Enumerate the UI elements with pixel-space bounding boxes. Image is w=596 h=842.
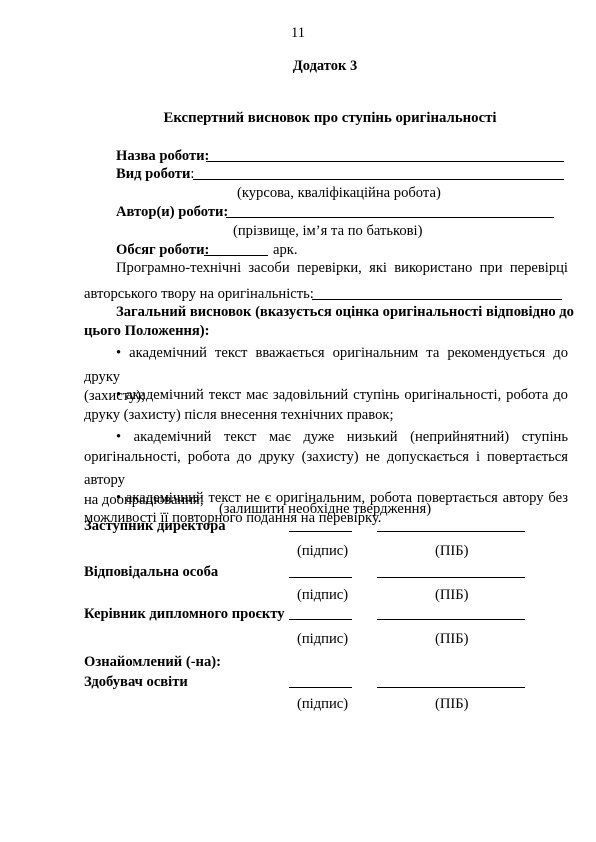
- student-signature-field[interactable]: [289, 687, 352, 688]
- work-type-label-wrap: Вид роботи:: [116, 167, 194, 182]
- author-field[interactable]: [226, 217, 554, 218]
- volume-label: Обсяг роботи:: [116, 243, 209, 258]
- author-label: Автор(и) роботи:: [116, 205, 228, 220]
- work-type-field[interactable]: [193, 179, 564, 180]
- sign-hint: (підпис): [297, 697, 348, 712]
- responsible-person-name-field[interactable]: [377, 577, 525, 578]
- conclusion-heading-line-2: цього Положення):: [84, 324, 210, 339]
- project-supervisor-signature-field[interactable]: [289, 619, 352, 620]
- name-hint: (ПІБ): [435, 588, 469, 603]
- conclusion-item-2[interactable]: • академічний текст має задовільний ступ…: [84, 384, 568, 427]
- tools-line-1: Програмно-технічні засоби перевірки, які…: [116, 260, 568, 276]
- page-number: 11: [0, 26, 596, 41]
- document-title: Експертний висновок про ступінь оригінал…: [0, 111, 596, 126]
- name-hint: (ПІБ): [435, 697, 469, 712]
- deputy-director-label: Заступник директора: [84, 519, 226, 534]
- conclusion-heading-line-1: Загальний висновок (вказується оцінка ор…: [116, 305, 574, 320]
- name-hint: (ПІБ): [435, 544, 469, 559]
- work-type-hint: (курсова, кваліфікаційна робота): [237, 186, 441, 201]
- volume-field[interactable]: [204, 255, 268, 256]
- work-type-label: Вид роботи: [116, 166, 190, 182]
- author-hint: (прізвище, ім’я та по батькові): [233, 224, 422, 239]
- responsible-person-signature-field[interactable]: [289, 577, 352, 578]
- sign-hint: (підпис): [297, 544, 348, 559]
- student-label: Здобувач освіти: [84, 675, 188, 690]
- name-hint: (ПІБ): [435, 632, 469, 647]
- work-title-label: Назва роботи:: [116, 149, 209, 164]
- project-supervisor-label: Керівник дипломного проєкту: [84, 607, 285, 622]
- deputy-director-signature-field[interactable]: [289, 531, 352, 532]
- bullet-icon: •: [116, 387, 121, 403]
- tools-line-2: авторського твору на оригінальність:: [84, 287, 314, 302]
- conclusion-note: (залишити необхідне твердження): [0, 502, 596, 517]
- sign-hint: (підпис): [297, 588, 348, 603]
- tools-field[interactable]: [312, 299, 562, 300]
- deputy-director-name-field[interactable]: [377, 531, 525, 532]
- tools-paragraph: Програмно-технічні засоби перевірки, які…: [84, 257, 568, 281]
- bullet-icon: •: [116, 429, 121, 445]
- sign-hint: (підпис): [297, 632, 348, 647]
- project-supervisor-name-field[interactable]: [377, 619, 525, 620]
- student-name-field[interactable]: [377, 687, 525, 688]
- work-title-field[interactable]: [206, 161, 564, 162]
- bullet-icon: •: [116, 345, 121, 361]
- appendix-title: Додаток 3: [0, 59, 596, 74]
- volume-unit: арк.: [273, 243, 298, 258]
- responsible-person-label: Відповідальна особа: [84, 565, 218, 580]
- acknowledged-label: Ознайомлений (-на):: [84, 655, 221, 670]
